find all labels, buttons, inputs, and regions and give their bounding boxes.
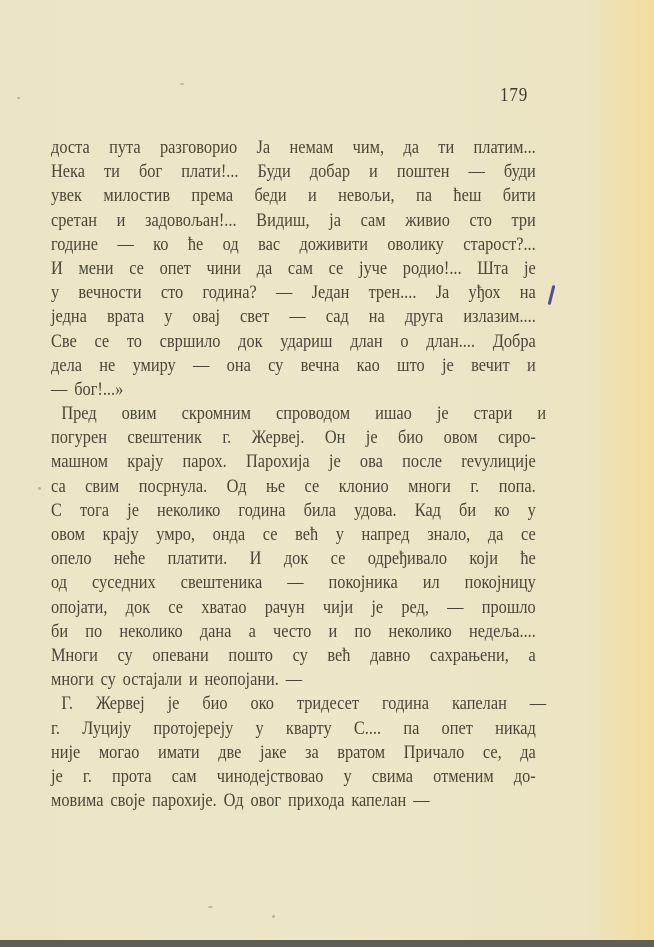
paper-speck <box>180 83 184 85</box>
text-line: —бог!...» <box>51 378 536 402</box>
word: се <box>168 596 183 620</box>
word: неколико <box>157 499 220 523</box>
word: уђох <box>469 281 501 305</box>
text-line: године—коћеодвасдоживитиоволикустарост?.… <box>51 233 536 257</box>
word: ће <box>188 233 203 257</box>
word: дела <box>51 354 82 378</box>
word: г. <box>83 765 92 789</box>
word: свршило <box>160 330 221 354</box>
word: прихода <box>288 789 344 813</box>
word: покојницу <box>465 571 536 595</box>
word: — <box>51 378 67 402</box>
word: опет <box>160 257 191 281</box>
word: давно <box>370 644 410 668</box>
word: и <box>308 184 317 208</box>
word: вечна <box>301 354 340 378</box>
word: удова. <box>354 499 396 523</box>
word: до- <box>514 765 536 789</box>
word: бити <box>503 184 536 208</box>
word: од <box>223 233 239 257</box>
word: сто <box>470 209 492 233</box>
word: вечит <box>471 354 510 378</box>
word: у <box>51 281 59 305</box>
word: и <box>328 620 337 644</box>
word: буди <box>504 160 536 184</box>
word: умро, <box>156 523 195 547</box>
ink-pen-mark <box>548 285 556 305</box>
text-line: нијемогаоиматидвејакезавратомПричалосе,д… <box>51 741 536 765</box>
word: недеља.... <box>469 620 536 644</box>
word: доста <box>51 136 90 160</box>
text-line: једнавратауовајсвет—саднадругаизлазим...… <box>51 305 536 329</box>
word: Нека <box>51 160 85 184</box>
word: — <box>447 596 463 620</box>
word: Г. <box>61 692 73 716</box>
word: вечности <box>78 281 141 305</box>
word: док <box>284 547 308 571</box>
word: опело <box>51 547 92 571</box>
word: своје <box>110 789 145 813</box>
word: Он <box>325 426 346 450</box>
word: у <box>164 305 172 329</box>
word: — <box>413 789 429 813</box>
word: разговорио <box>160 136 237 160</box>
word: Све <box>51 330 77 354</box>
text-line: деланеумиру—онасувечнакаоштојевечити <box>51 354 536 378</box>
word: одређивало <box>368 547 447 571</box>
word: рачун <box>265 596 305 620</box>
word: — <box>117 233 133 257</box>
word: је <box>524 257 536 281</box>
word: знало, <box>427 523 470 547</box>
word: док <box>126 596 150 620</box>
word: су <box>101 668 116 692</box>
word: клонио <box>339 475 389 499</box>
word: попа. <box>499 475 536 499</box>
word: јуче <box>359 257 387 281</box>
word: тога <box>80 499 109 523</box>
word: година <box>238 499 285 523</box>
word: Ја <box>257 136 271 160</box>
word: ишао <box>375 402 412 426</box>
word: онда <box>213 523 245 547</box>
word: Добра <box>493 330 536 354</box>
word: хватао <box>201 596 246 620</box>
word: сад <box>326 305 349 329</box>
text-line: машномкрајупарох.Парохијајеовапослеrevул… <box>51 450 536 474</box>
word: и <box>527 354 536 378</box>
paper-speck <box>272 915 275 918</box>
word: се <box>329 257 344 281</box>
text-line: Свесетосвршилодокударишдланодлан....Добр… <box>51 330 536 354</box>
text-line: Предовимскромнимспроводомишаојестарии <box>51 402 546 426</box>
word: се <box>521 523 536 547</box>
word: био <box>398 426 423 450</box>
word: — <box>287 571 303 595</box>
word: већ <box>327 644 350 668</box>
word: Многи <box>51 644 98 668</box>
word: је <box>127 499 139 523</box>
word: године <box>51 233 98 257</box>
word: сам <box>172 765 197 789</box>
word: Буди <box>258 160 291 184</box>
word: док <box>238 330 262 354</box>
word: неће <box>114 547 145 571</box>
word: пута <box>109 136 141 160</box>
word: остајали <box>123 668 182 692</box>
word: неколико <box>119 620 182 644</box>
word: су <box>268 354 283 378</box>
word: свет <box>240 305 269 329</box>
word: Од <box>227 475 247 499</box>
word: Ја <box>436 281 450 305</box>
scan-bottom-edge <box>0 940 654 947</box>
word: је <box>437 402 449 426</box>
word: и <box>189 668 198 692</box>
word: ти <box>104 160 120 184</box>
word: једна <box>51 305 87 329</box>
text-line: сасвимпосрнула.Одњесеклониомногиг.попа. <box>51 475 536 499</box>
word: не <box>99 354 115 378</box>
word: о <box>400 330 408 354</box>
word: поштен <box>397 160 450 184</box>
word: ред, <box>401 596 429 620</box>
word: крају <box>127 450 163 474</box>
word: живио <box>405 209 450 233</box>
word: није <box>51 741 80 765</box>
word: јаке <box>260 741 287 765</box>
word: капелан <box>452 692 507 716</box>
word: је <box>371 596 383 620</box>
word: немам <box>289 136 333 160</box>
word: се <box>263 523 278 547</box>
word: Шта <box>477 257 508 281</box>
word: овом <box>51 523 85 547</box>
word: — <box>276 281 292 305</box>
word: у <box>336 523 344 547</box>
word: С <box>51 499 62 523</box>
word: оволику <box>387 233 444 257</box>
word: а <box>528 644 535 668</box>
word: никад <box>495 717 536 741</box>
word: опевани <box>152 644 208 668</box>
word: Кад <box>415 499 441 523</box>
word: машном <box>51 450 108 474</box>
word: Пред <box>61 402 96 426</box>
word: је <box>168 692 180 716</box>
text-line: јег.протасамчинодејствоваоусвимаотменимд… <box>51 765 536 789</box>
text-line: достапутаразговориоЈанемамчим,датиплатим… <box>51 136 536 160</box>
word: после <box>402 450 442 474</box>
word: ње <box>266 475 285 499</box>
word: овом <box>444 426 478 450</box>
word: Жервеј <box>96 692 145 716</box>
word: плати!... <box>181 160 238 184</box>
word: се <box>305 475 320 499</box>
word: капелан <box>351 789 406 813</box>
paper-speck <box>38 487 41 490</box>
word: дана <box>200 620 232 644</box>
word: свим <box>85 475 119 499</box>
word: доживити <box>299 233 367 257</box>
word: Од <box>224 789 244 813</box>
word: излазим.... <box>463 305 535 329</box>
word: отменим <box>433 765 494 789</box>
word: скромним <box>182 402 251 426</box>
word: увек <box>51 184 82 208</box>
text-line: сретанизадовољан!...Видиш,јасамживиостот… <box>51 209 536 233</box>
text-line: опелонећеплатити.Идоксеодређивалокојиће <box>51 547 536 571</box>
word: и <box>537 402 546 426</box>
word: и <box>117 209 126 233</box>
word: је <box>51 765 63 789</box>
word: би <box>51 620 68 644</box>
word: г. <box>222 426 231 450</box>
text-line: погуренсвештеникг.Жервеј.Онјебиоовомсиро… <box>51 426 536 450</box>
word: бог <box>139 160 162 184</box>
word: сам <box>288 257 313 281</box>
word: сто <box>161 281 183 305</box>
word: врата <box>107 305 144 329</box>
word: Жервеј. <box>252 426 305 450</box>
word: да <box>403 136 419 160</box>
word: вратом <box>337 741 385 765</box>
word: година <box>382 692 429 716</box>
word: по <box>85 620 102 644</box>
word: бог!...» <box>74 378 123 402</box>
word: парохије. <box>152 789 217 813</box>
word: И <box>51 257 63 281</box>
word: ти <box>438 136 454 160</box>
word: родио!... <box>403 257 462 281</box>
word: овај <box>193 305 220 329</box>
word: од <box>51 571 67 595</box>
text-line: Г.Жервејјебиоокотридесетгодинакапелан— <box>51 692 546 716</box>
word: да <box>257 257 273 281</box>
book-page: 179 достапутаразговориоЈанемамчим,датипл… <box>0 0 654 940</box>
word: био <box>202 692 227 716</box>
text-line: мовимасвојепарохије.Одовогприходакапелан… <box>51 789 536 813</box>
word: на <box>369 305 385 329</box>
word: прошло <box>482 596 536 620</box>
word: према <box>191 184 233 208</box>
word: да <box>488 523 504 547</box>
page-body-text: достапутаразговориоЈанемамчим,датиплатим… <box>51 136 537 813</box>
word: — <box>286 668 302 692</box>
word: овим <box>122 402 157 426</box>
word: покојника <box>329 571 398 595</box>
word: у <box>256 717 264 741</box>
word: се <box>94 330 109 354</box>
word: Видиш, <box>256 209 309 233</box>
word: би <box>459 499 476 523</box>
word: чинодејствовао <box>217 765 324 789</box>
word: revулиције <box>461 450 535 474</box>
word: суседних <box>92 571 156 595</box>
text-line: многисуостајалиинеопојани.— <box>51 668 536 692</box>
word: платити. <box>168 547 228 571</box>
word: су <box>118 644 133 668</box>
word: Луцију <box>82 717 131 741</box>
word: Један <box>312 281 350 305</box>
word: — <box>289 305 305 329</box>
word: многи <box>408 475 451 499</box>
word: спроводом <box>276 402 350 426</box>
word: длан <box>350 330 382 354</box>
word: она <box>227 354 251 378</box>
word: вас <box>258 233 280 257</box>
word: по <box>354 620 371 644</box>
word: парох. <box>183 450 227 474</box>
word: стари <box>474 402 513 426</box>
text-line: опојати,доксехватаорачунчијијеред,—прошл… <box>51 596 536 620</box>
word: — <box>193 354 209 378</box>
word: друга <box>405 305 443 329</box>
word: тридесет <box>297 692 359 716</box>
word: ко <box>153 233 168 257</box>
word: добар <box>310 160 350 184</box>
word: С.... <box>354 717 381 741</box>
word: кварту <box>286 717 332 741</box>
paper-speck <box>208 906 213 908</box>
text-line: увекмилостивпремабедииневољи,паћешбити <box>51 184 536 208</box>
word: свима <box>372 765 413 789</box>
word: невољи, <box>338 184 394 208</box>
word: многи <box>51 668 94 692</box>
word: напред <box>362 523 410 547</box>
word: г. <box>51 717 60 741</box>
word: — <box>469 160 485 184</box>
word: г. <box>470 475 479 499</box>
word: трен.... <box>369 281 417 305</box>
word: то <box>127 330 142 354</box>
word: се, <box>483 741 502 765</box>
word: неколико <box>389 620 452 644</box>
word: свештеника <box>181 571 263 595</box>
word: старост?... <box>463 233 535 257</box>
paper-speck <box>17 97 20 99</box>
word: ил <box>423 571 440 595</box>
word: сам <box>361 209 386 233</box>
word: се <box>129 257 144 281</box>
word: ћеш <box>453 184 481 208</box>
word: протојереју <box>153 717 233 741</box>
text-line: одсуседнихсвештеника—покојникаилпокојниц… <box>51 571 536 595</box>
word: у <box>528 499 536 523</box>
word: година? <box>202 281 256 305</box>
word: на <box>520 281 536 305</box>
text-line: Стогајенеколикогодинабилаудова.Кадбикоу <box>51 499 536 523</box>
word: могао <box>99 741 140 765</box>
word: и <box>369 160 378 184</box>
word: је <box>442 354 454 378</box>
word: опојати, <box>51 596 107 620</box>
word: Причало <box>404 741 465 765</box>
word: ко <box>494 499 509 523</box>
word: чији <box>323 596 353 620</box>
word: ја <box>329 209 341 233</box>
text-line: Некатибогплати!...Будидобарипоштен—буди <box>51 160 536 184</box>
word: задовољан!... <box>145 209 237 233</box>
word: пошто <box>228 644 273 668</box>
word: сиро- <box>498 426 536 450</box>
word: Парохија <box>246 450 310 474</box>
word: три <box>512 209 536 233</box>
word: свештеник <box>127 426 202 450</box>
word: — <box>530 692 546 716</box>
text-line: бипонеколикоданаачестоипонеколиконедеља.… <box>51 620 536 644</box>
word: чим, <box>353 136 384 160</box>
word: овог <box>250 789 281 813</box>
text-line: увечностистогодина?—Једантрен....Јауђохн… <box>51 281 536 305</box>
word: умиру <box>133 354 176 378</box>
text-line: г.ЛуцијупротојерејууквартуС....паопетник… <box>51 717 536 741</box>
word: имати <box>158 741 200 765</box>
word: длан.... <box>426 330 475 354</box>
word: И <box>250 547 262 571</box>
word: милостив <box>103 184 170 208</box>
word: ова <box>360 450 383 474</box>
word: била <box>304 499 336 523</box>
word: посрнула. <box>139 475 207 499</box>
word: већ <box>295 523 318 547</box>
word: као <box>357 354 380 378</box>
word: је <box>366 426 378 450</box>
word: су <box>293 644 308 668</box>
word: ће <box>520 547 535 571</box>
word: погурен <box>51 426 107 450</box>
word: па <box>416 184 432 208</box>
word: што <box>397 354 425 378</box>
text-line: Многисуопеванипоштосувећдавносахрањени,а <box>51 644 536 668</box>
word: мовима <box>51 789 103 813</box>
word: па <box>403 717 419 741</box>
word: мени <box>78 257 113 281</box>
word: је <box>329 450 341 474</box>
word: прота <box>112 765 151 789</box>
word: беди <box>254 184 286 208</box>
word: две <box>218 741 241 765</box>
word: за <box>305 741 319 765</box>
word: платим... <box>474 136 536 160</box>
word: а <box>249 620 256 644</box>
word: који <box>469 547 498 571</box>
page-number: 179 <box>500 84 528 107</box>
word: са <box>51 475 66 499</box>
text-line: Именисеопетчинидасамсејучеродио!...Штаје <box>51 257 536 281</box>
word: да <box>520 741 536 765</box>
word: неопојани. <box>204 668 278 692</box>
word: сахрањени, <box>430 644 509 668</box>
word: сретан <box>51 209 97 233</box>
word: често <box>273 620 311 644</box>
word: се <box>331 547 346 571</box>
word: крају <box>103 523 139 547</box>
text-line: овомкрајуумро,ондасевећунапредзнало,дасе <box>51 523 536 547</box>
word: у <box>344 765 352 789</box>
word: чини <box>207 257 241 281</box>
word: удариш <box>280 330 332 354</box>
word: опет <box>442 717 473 741</box>
word: око <box>251 692 274 716</box>
